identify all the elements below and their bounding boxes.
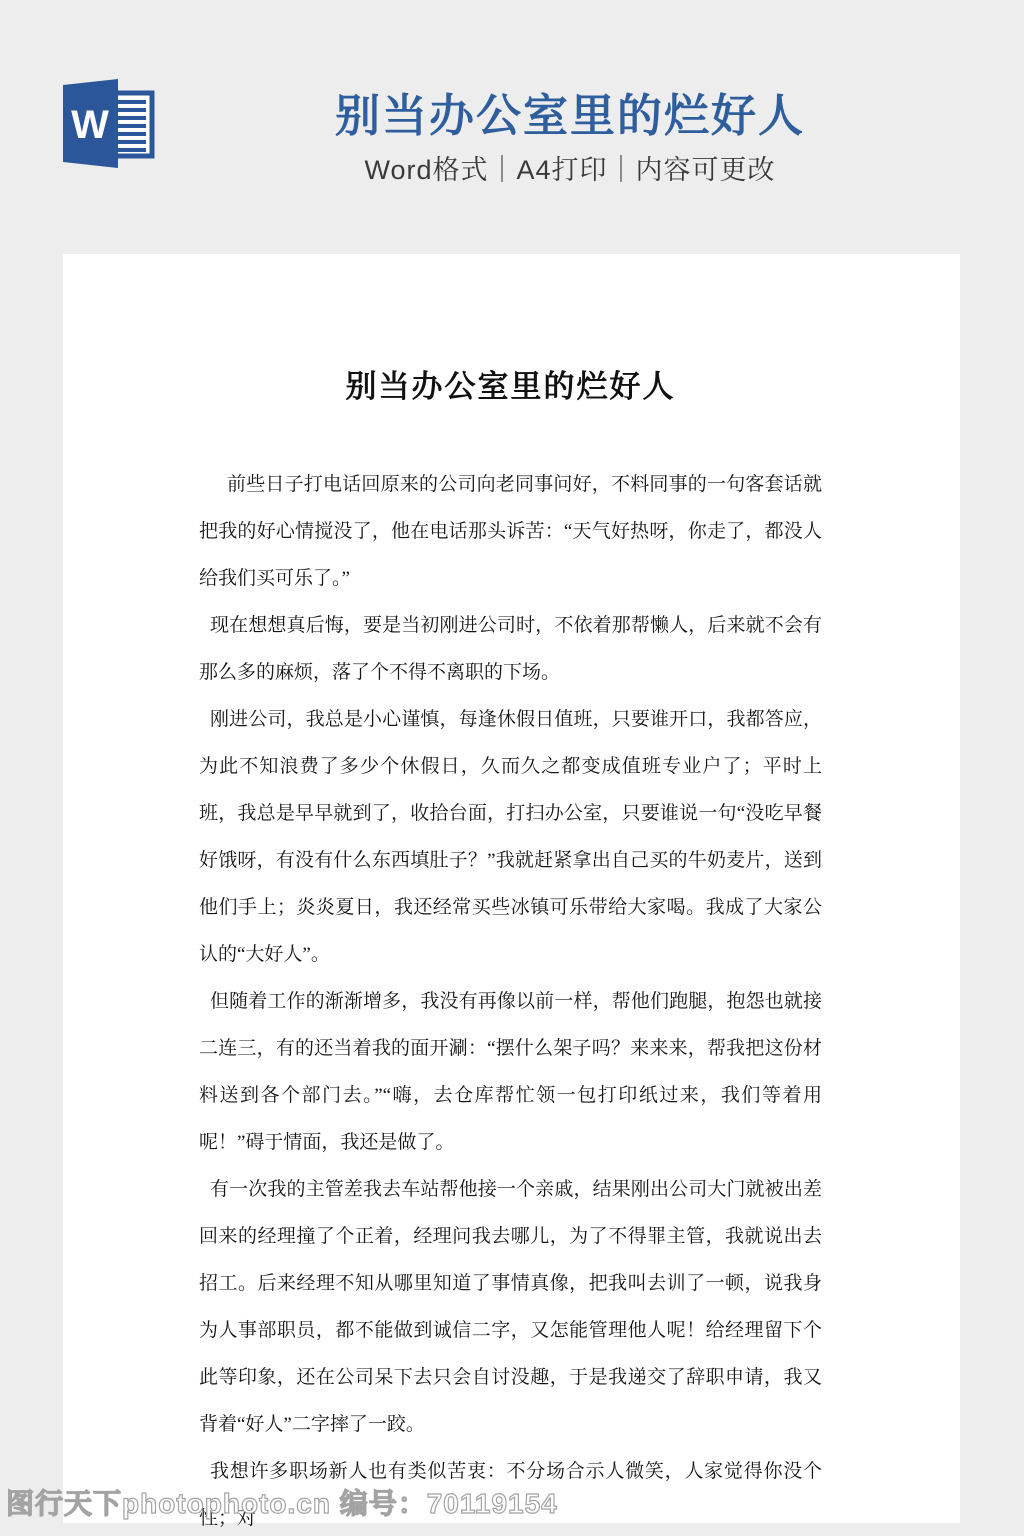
template-title: 别当办公室里的烂好人	[180, 90, 960, 142]
paragraph-3: 刚进公司，我总是小心谨慎，每逢休假日值班，只要谁开口，我都答应，为此不知浪费了多…	[199, 696, 822, 978]
header-text-block: 别当办公室里的烂好人 Word格式｜A4打印｜内容可更改	[180, 90, 960, 186]
document-content: 别当办公室里的烂好人 前些日子打电话回原来的公司向老同事问好，不料同事的一句客套…	[199, 365, 822, 1536]
paragraph-2: 现在想想真后悔，要是当初刚进公司时，不依着那帮懒人，后来就不会有那么多的麻烦，落…	[199, 602, 822, 696]
template-subtitle: Word格式｜A4打印｜内容可更改	[180, 154, 960, 186]
document-title: 别当办公室里的烂好人	[199, 365, 822, 409]
site-watermark: 图行天下photophoto.cn 编号：70119154	[6, 1484, 558, 1524]
word-letter: W	[71, 103, 109, 147]
paragraph-1: 前些日子打电话回原来的公司向老同事问好，不料同事的一句客套话就把我的好心情搅没了…	[199, 461, 822, 602]
template-preview-page: W 别当办公室里的烂好人 Word格式｜A4打印｜内容可更改 别当办公室里的烂好…	[0, 0, 1024, 1536]
paragraph-4: 但随着工作的渐渐增多，我没有再像以前一样，帮他们跑腿，抱怨也就接二连三，有的还当…	[199, 978, 822, 1166]
paragraph-5: 有一次我的主管差我去车站帮他接一个亲戚，结果刚出公司大门就被出差回来的经理撞了个…	[199, 1166, 822, 1448]
word-logo-svg: W	[63, 79, 155, 168]
document-page: 别当办公室里的烂好人 前些日子打电话回原来的公司向老同事问好，不料同事的一句客套…	[63, 254, 960, 1523]
word-logo-icon: W	[63, 79, 155, 168]
